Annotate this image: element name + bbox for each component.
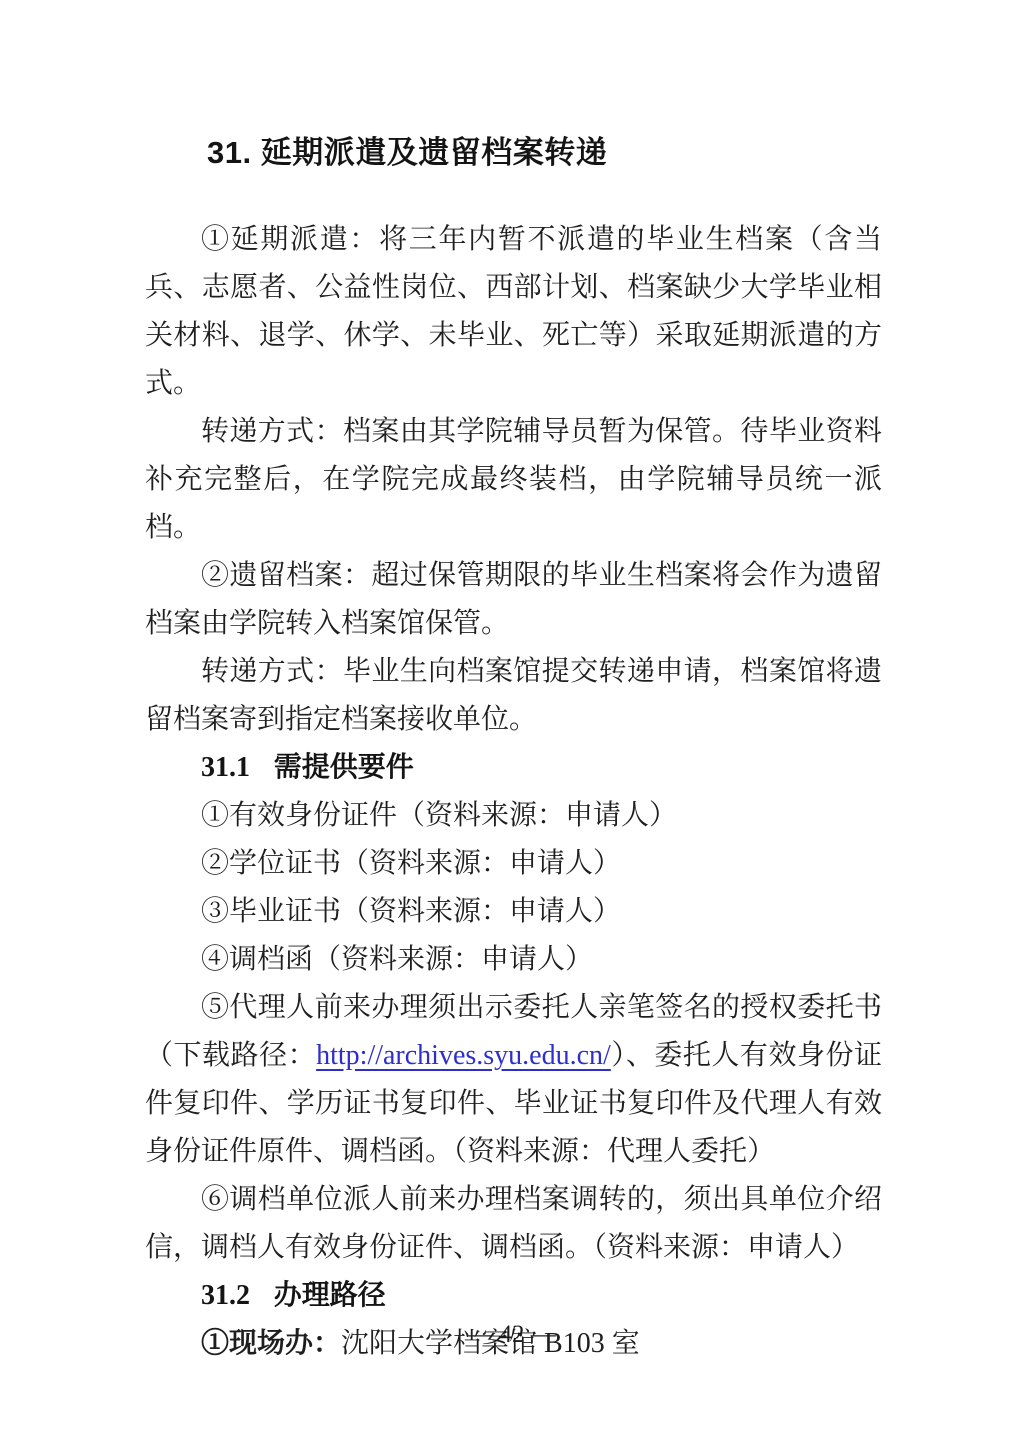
subsection-title: 办理路径 [274, 1280, 386, 1311]
subsection-heading-31-2: 31.2办理路径 [145, 1272, 882, 1320]
subsection-number: 31.1 [201, 752, 250, 783]
required-item-5: ⑤代理人前来办理须出示委托人亲笔签名的授权委托书（下载路径：http://arc… [145, 984, 882, 1176]
document-content: 31. 延期派遣及遗留档案转递 ①延期派遣：将三年内暂不派遣的毕业生档案（含当兵… [145, 134, 882, 1368]
required-item-6: ⑥调档单位派人前来办理档案调转的，须出具单位介绍信，调档人有效身份证件、调档函。… [145, 1176, 882, 1272]
subsection-heading-31-1: 31.1需提供要件 [145, 744, 882, 792]
paragraph-leftover-archives: ②遗留档案：超过保管期限的毕业生档案将会作为遗留档案由学院转入档案馆保管。 [145, 552, 882, 648]
document-page: 31. 延期派遣及遗留档案转递 ①延期派遣：将三年内暂不派遣的毕业生档案（含当兵… [0, 0, 1024, 1448]
paragraph-transfer-method-1: 转递方式：档案由其学院辅导员暂为保管。待毕业资料补充完整后，在学院完成最终装档，… [145, 408, 882, 552]
required-item-4: ④调档函（资料来源：申请人） [145, 936, 882, 984]
paragraph-transfer-method-2: 转递方式：毕业生向档案馆提交转递申请，档案馆将遗留档案寄到指定档案接收单位。 [145, 648, 882, 744]
subsection-title: 需提供要件 [274, 752, 414, 783]
page-number: — 42 — [0, 1318, 1024, 1352]
required-item-1: ①有效身份证件（资料来源：申请人） [145, 792, 882, 840]
required-item-3: ③毕业证书（资料来源：申请人） [145, 888, 882, 936]
section-heading: 31. 延期派遣及遗留档案转递 [145, 134, 882, 172]
paragraph-deferred-dispatch: ①延期派遣：将三年内暂不派遣的毕业生档案（含当兵、志愿者、公益性岗位、西部计划、… [145, 216, 882, 408]
required-item-2: ②学位证书（资料来源：申请人） [145, 840, 882, 888]
archives-website-link[interactable]: http://archives.syu.edu.cn/ [316, 1040, 611, 1071]
subsection-number: 31.2 [201, 1280, 250, 1311]
